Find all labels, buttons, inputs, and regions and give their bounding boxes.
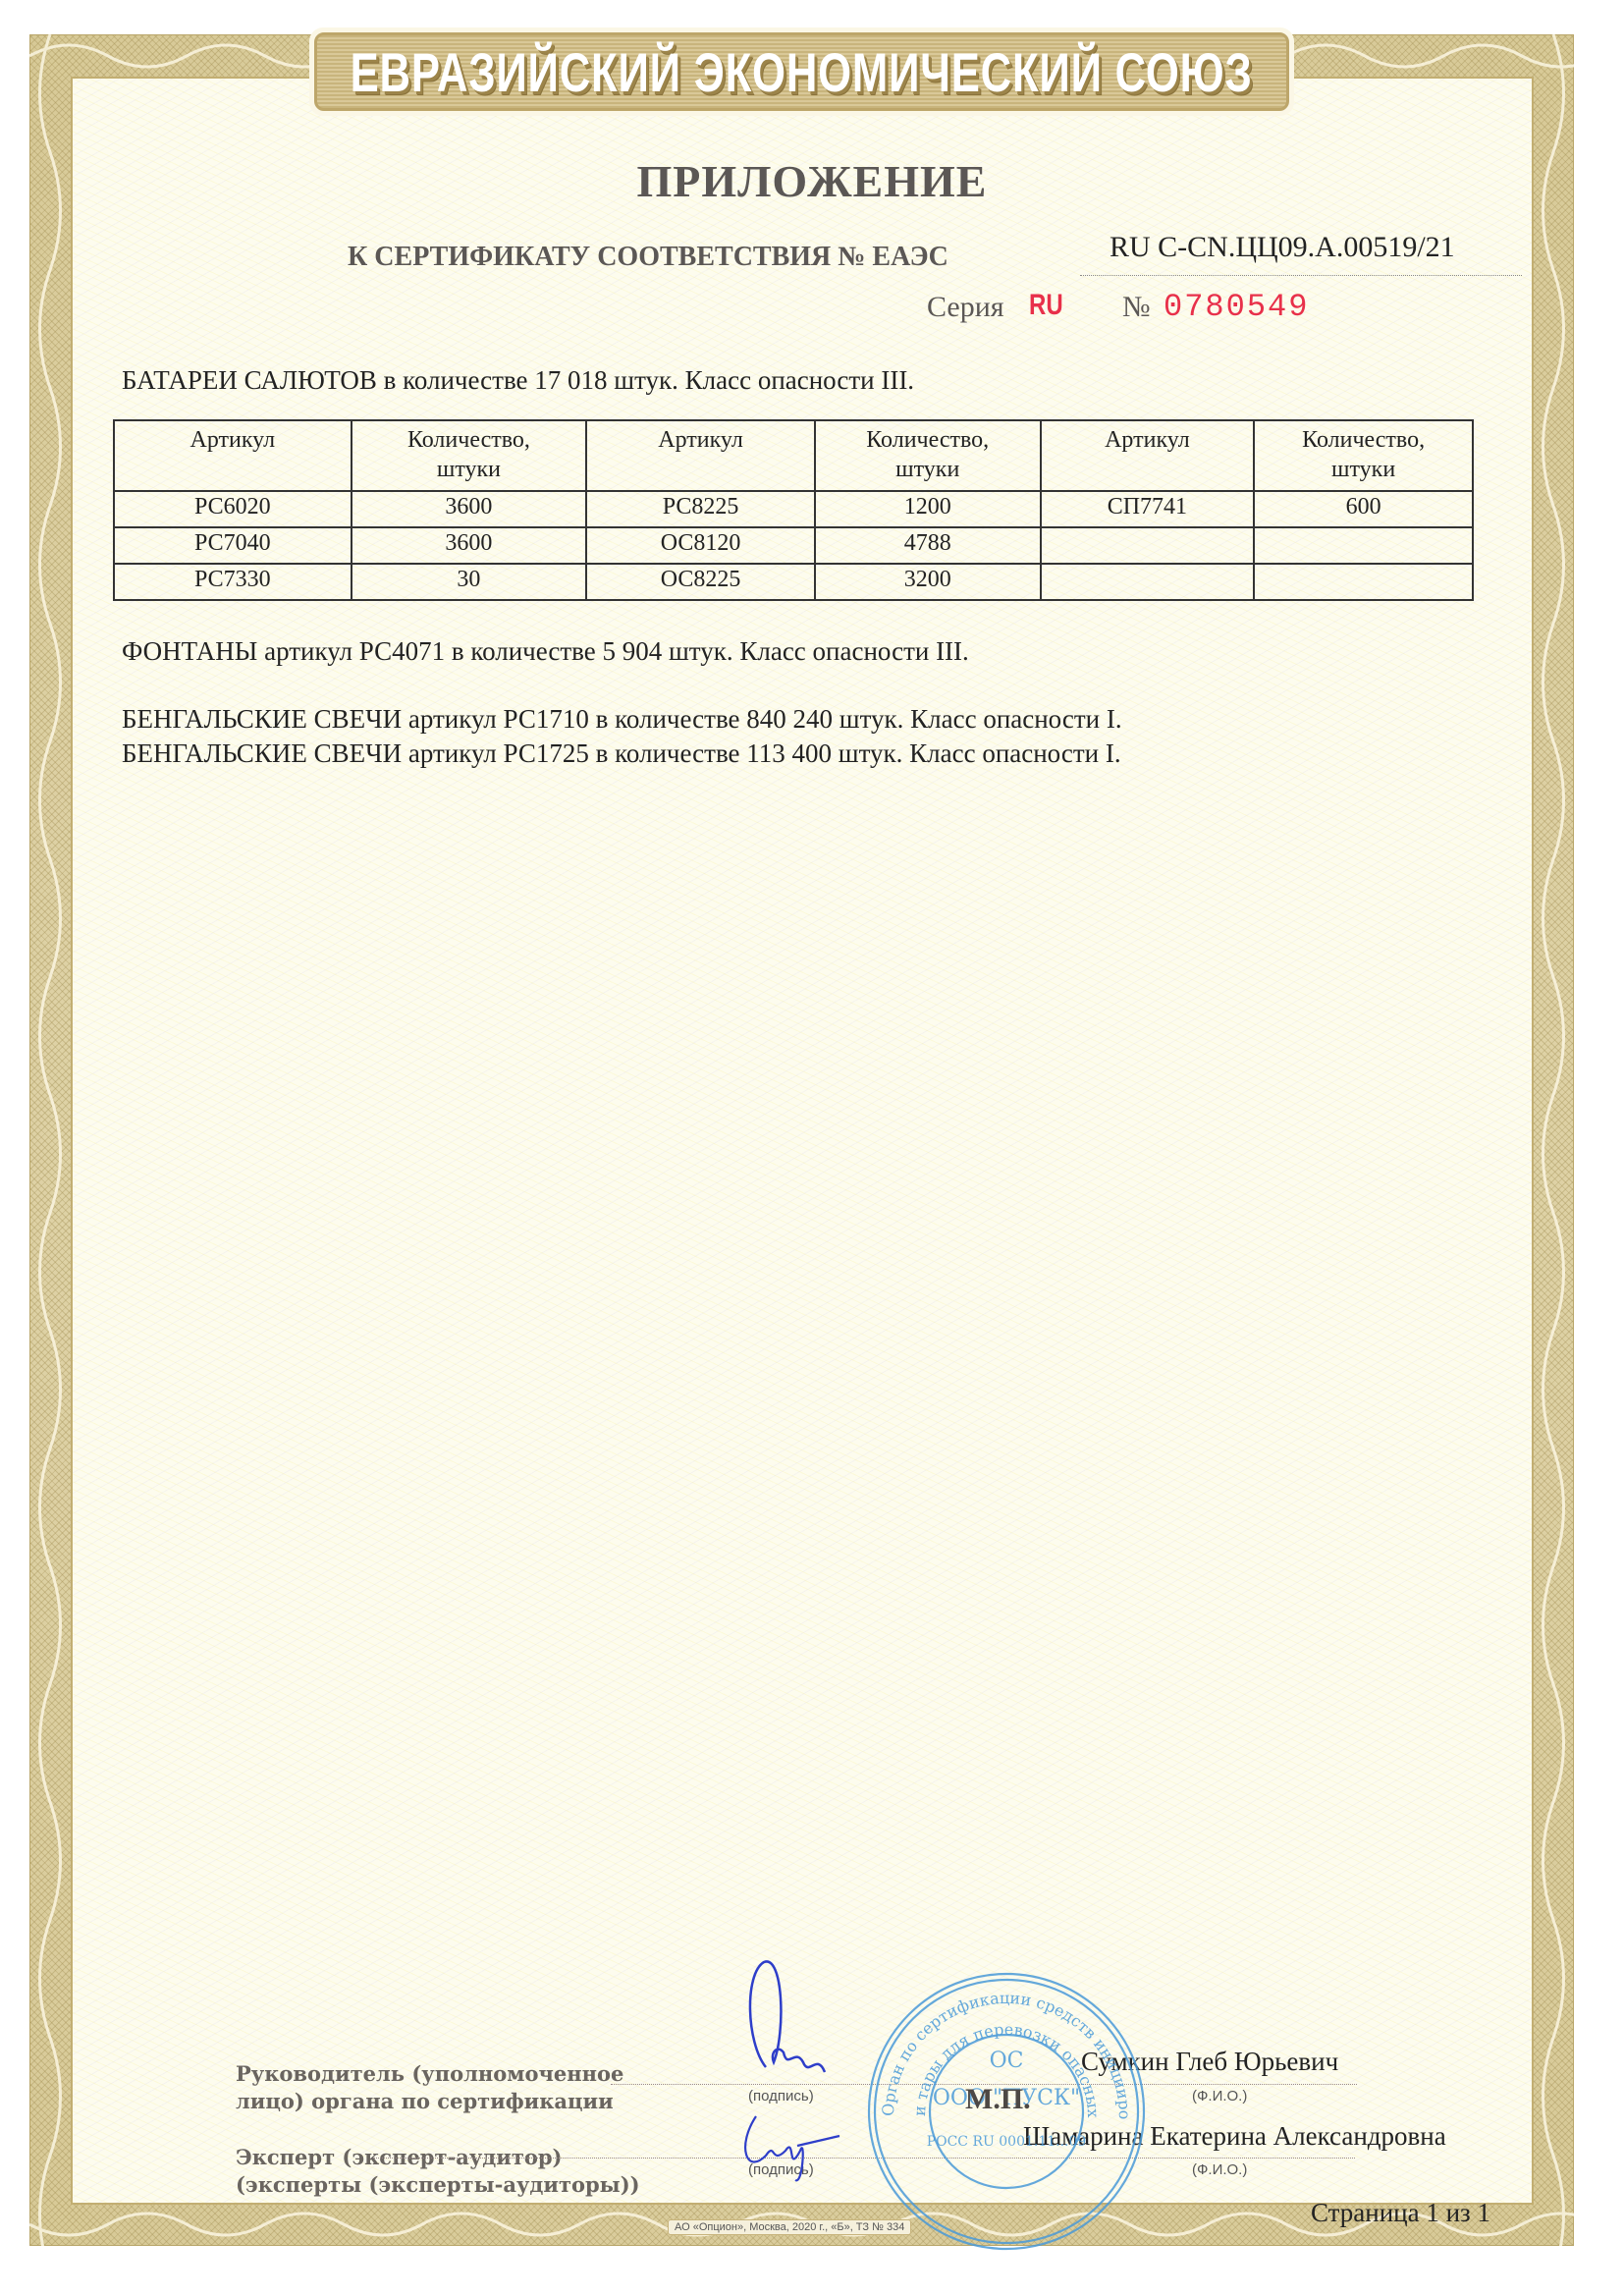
table-row: РС60203600РС82251200СП7741600 [114,491,1473,527]
head-label-line-1: Руководитель (уполномоченное [236,2060,623,2088]
column-header: Артикул [114,420,352,491]
table-cell [1254,564,1473,600]
column-header: Артикул [1041,420,1255,491]
banner-title: ЕВРАЗИЙСКИЙ ЭКОНОМИЧЕСКИЙ СОЮЗ [351,40,1253,104]
head-label: Руководитель (уполномоченное лицо) орган… [236,2060,623,2115]
table-cell: РС7040 [114,527,352,564]
column-header: Количество,штуки [815,420,1041,491]
column-header-line: Артикул [591,425,810,455]
table-cell: 4788 [815,527,1041,564]
page-title: ПРИЛОЖЕНИЕ [0,155,1624,207]
table-cell: 3600 [352,491,587,527]
table-cell: РС6020 [114,491,352,527]
certificate-number: RU C-CN.ЦЦ09.А.00519/21 [1110,231,1455,264]
table-cell: 30 [352,564,587,600]
table-cell [1254,527,1473,564]
stamp-place-label: М.П. [965,2083,1031,2116]
fountains-line: ФОНТАНЫ артикул РС4071 в количестве 5 90… [122,636,969,667]
expert-label: Эксперт (эксперт-аудитор) (эксперты (экс… [236,2144,640,2199]
table-cell: 3600 [352,527,587,564]
table-cell [1041,564,1255,600]
table-cell: ОС8120 [586,527,815,564]
column-header-line: штуки [356,455,582,484]
sparklers-line-1: БЕНГАЛЬСКИЕ СВЕЧИ артикул РС1710 в колич… [122,704,1122,735]
banner-plate: ЕВРАЗИЙСКИЙ ЭКОНОМИЧЕСКИЙ СОЮЗ [314,32,1289,111]
stamp-center-reg: РОСС RU 0001.11...09 [927,2134,1087,2150]
table-cell: 600 [1254,491,1473,527]
column-header: Артикул [586,420,815,491]
batteries-table: АртикулКоличество,штукиАртикулКоличество… [113,419,1474,601]
column-header-line: Количество, [820,425,1036,455]
table-cell [1041,527,1255,564]
page-number: Страница 1 из 1 [1311,2198,1490,2228]
stamp-center-os: ОС [990,2049,1024,2073]
column-header: Количество,штуки [1254,420,1473,491]
series-label: Серия [927,291,1004,324]
table-cell: РС8225 [586,491,815,527]
column-header: Количество,штуки [352,420,587,491]
expert-name-caption: (Ф.И.О.) [1192,2161,1247,2178]
form-number: 0780549 [1164,289,1309,325]
column-header-line: штуки [1259,455,1468,484]
header-banner: ЕВРАЗИЙСКИЙ ЭКОНОМИЧЕСКИЙ СОЮЗ [309,27,1294,116]
table-cell: 3200 [815,564,1041,600]
table-cell: РС7330 [114,564,352,600]
table-cell: ОС8225 [586,564,815,600]
column-header-line: Количество, [1259,425,1468,455]
series-value: RU [1029,289,1063,322]
table-header-row: АртикулКоличество,штукиАртикулКоличество… [114,420,1473,491]
document-body [71,77,1534,2205]
expert-signature [727,2106,844,2185]
subtitle: К СЕРТИФИКАТУ СООТВЕТСТВИЯ № ЕАЭС [348,242,948,273]
printer-imprint: АО «Опцион», Москва, 2020 г., «Б», ТЗ № … [668,2219,911,2235]
table-cell: СП7741 [1041,491,1255,527]
certificate-number-underline [1080,275,1522,276]
head-signature [727,1954,844,2102]
head-name-caption: (Ф.И.О.) [1192,2088,1247,2105]
table-cell: 1200 [815,491,1041,527]
table-body: РС60203600РС82251200СП7741600РС70403600О… [114,491,1473,600]
column-header-line: Количество, [356,425,582,455]
head-label-line-2: лицо) органа по сертификации [236,2088,623,2115]
expert-label-line-2: (эксперты (эксперты-аудиторы)) [236,2171,640,2199]
table-row: РС70403600ОС81204788 [114,527,1473,564]
table-row: РС733030ОС82253200 [114,564,1473,600]
batteries-heading: БАТАРЕИ САЛЮТОВ в количестве 17 018 штук… [122,365,914,396]
column-header-line: штуки [820,455,1036,484]
column-header-line: Артикул [1046,425,1250,455]
column-header-line: Артикул [119,425,347,455]
number-label: № [1122,291,1151,324]
sparklers-line-2: БЕНГАЛЬСКИЕ СВЕЧИ артикул РС1725 в колич… [122,738,1121,769]
